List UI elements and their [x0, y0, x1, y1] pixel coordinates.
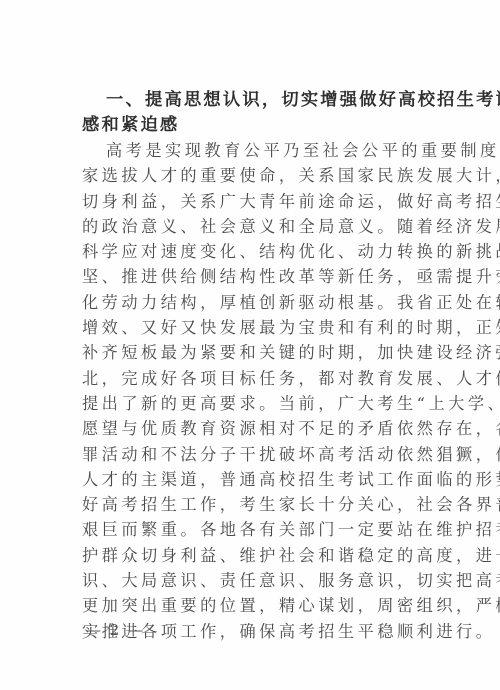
- paragraph-line: 人才的主渠道，普通高校招生考试工作面临的形势依然严峻。做: [82, 467, 442, 492]
- paragraph-line: 北，完成好各项目标任务，都对教育发展、人才供给、智力支撑: [82, 366, 442, 391]
- paragraph-line: 补齐短板最为紧要和关键的时期，加快建设经济强省、美丽河: [82, 340, 442, 365]
- paragraph-line: 更加突出重要的位置，精心谋划，周密组织，严格管理，深入扎: [82, 593, 442, 618]
- heading-line-2: 感和紧迫感: [82, 113, 440, 138]
- page-number: — 2 —: [86, 621, 145, 639]
- paragraph-line: 愿望与优质教育资源相对不足的矛盾依然存在，各类“助考”犯: [82, 416, 442, 441]
- paragraph-line: 识、大局意识、责任意识、服务意识，切实把高考招生工作摆到: [82, 568, 442, 593]
- paragraph-line: 提出了新的更高要求。当前，广大考生“上大学、上好大学”的: [82, 391, 442, 416]
- document-page: 一、提高思想认识，切实增强做好高校招生考试工作的责任 感和紧迫感 高考是实现教育…: [0, 0, 500, 690]
- paragraph-line: 好高考招生工作，考生家长十分关心，社会各界普遍关注，任务: [82, 492, 442, 517]
- paragraph-line: 的政治意义、社会意义和全局意义。随着经济发展进入新常态，: [82, 214, 442, 239]
- paragraph-line: 科学应对速度变化、结构优化、动力转换的新挑战，完成脱贫攻: [82, 239, 442, 264]
- paragraph-line: 切身利益，关系广大青年前途命运，做好高考招生工作具有重要: [82, 189, 442, 214]
- section-heading: 一、提高思想认识，切实增强做好高校招生考试工作的责任 感和紧迫感: [82, 88, 440, 138]
- paragraph-line: 护群众切身利益、维护社会和谐稳定的高度，进一步增强政治意: [82, 543, 442, 568]
- paragraph-line: 艰巨而繁重。各地各有关部门一定要站在维护招考公平公正、维: [82, 517, 442, 542]
- heading-line-1: 一、提高思想认识，切实增强做好高校招生考试工作的责任: [82, 88, 440, 113]
- paragraph-line: 罪活动和不法分子干扰破坏高考活动依然猖獗，作为选拔和输送: [82, 442, 442, 467]
- paragraph-line: 高考是实现教育公平乃至社会公平的重要制度，肩负着为国: [82, 138, 442, 163]
- body-paragraph: 高考是实现教育公平乃至社会公平的重要制度，肩负着为国 家选拔人才的重要使命，关系…: [82, 138, 442, 644]
- paragraph-line: 坚、推进供给侧结构性改革等新任务，亟需提升劳动者素质，优: [82, 264, 442, 289]
- paragraph-line: 增效、又好又快发展最为宝贵和有利的时期，正处在破解难题、: [82, 315, 442, 340]
- paragraph-line: 家选拔人才的重要使命，关系国家民族发展大计，关系千家万户: [82, 163, 442, 188]
- paragraph-line: 化劳动力结构，厚植创新驱动根基。我省正处在转型升级、提质: [82, 290, 442, 315]
